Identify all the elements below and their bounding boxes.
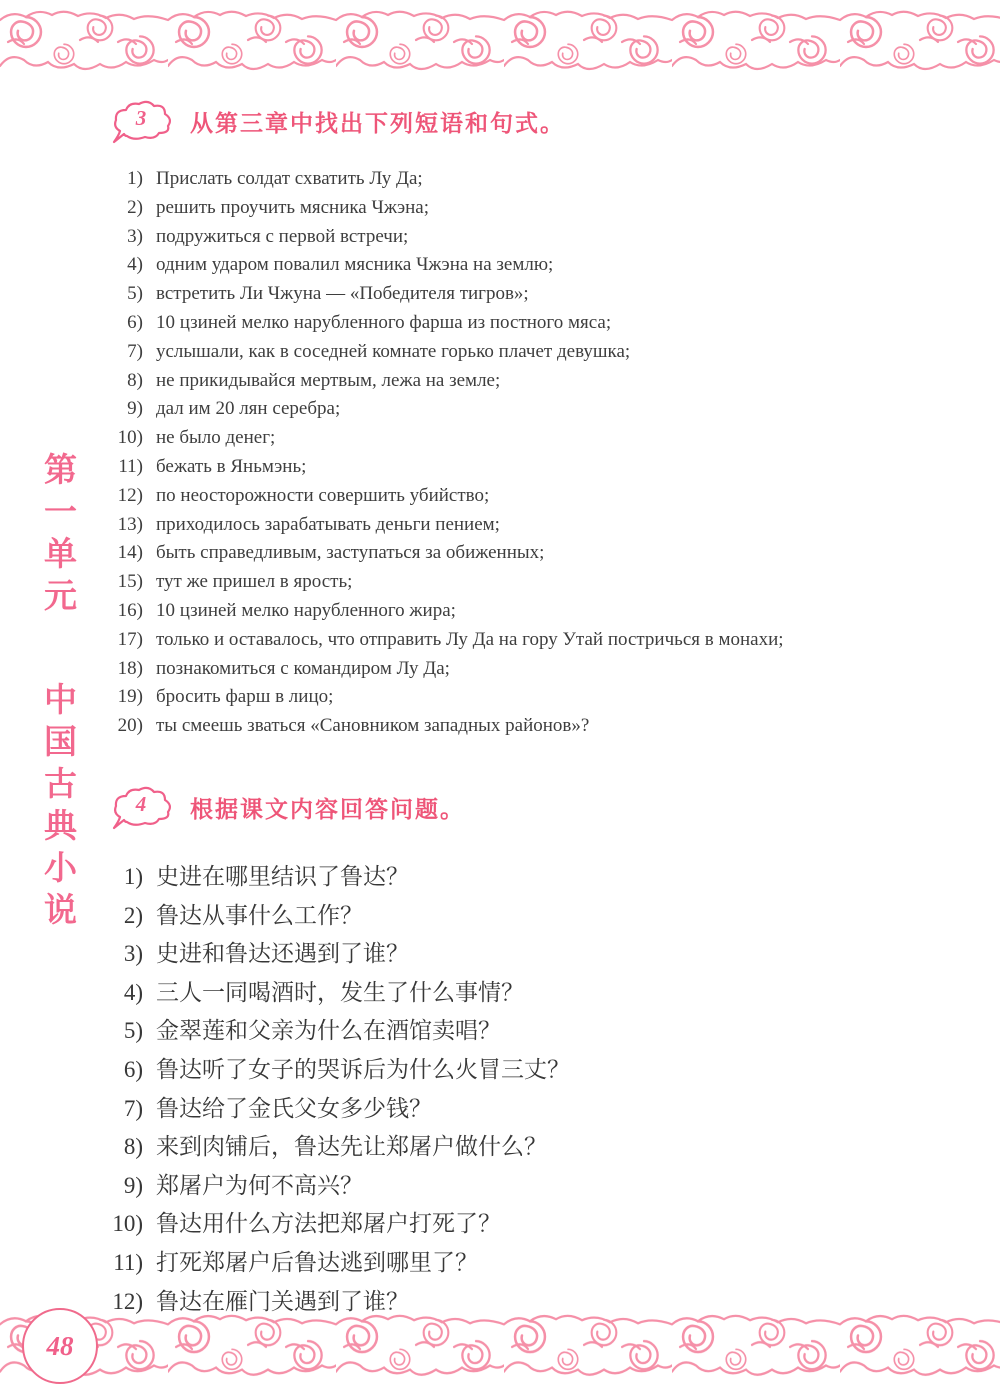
list-item: 20) ты смеешь зваться «Сановником западн… [0,715,1000,744]
item-text: ты смеешь зваться «Сановником западных р… [156,715,589,737]
item-text: по неосторожности совершить убийство; [156,485,489,507]
list-item: 9) 郑屠户为何不高兴？ [0,1167,1000,1206]
item-number: 12) [0,485,143,507]
list-item: 12) 鲁达在雁门关遇到了谁？ [0,1283,1000,1322]
item-text: не прикидывайся мертвым, лежа на земле; [156,370,500,392]
item-number: 7) [0,341,143,363]
item-text: 鲁达在雁门关遇到了谁？ [156,1283,409,1316]
item-text: 鲁达给了金氏父女多少钱？ [156,1090,432,1123]
item-text: 郑屠户为何不高兴？ [156,1167,363,1200]
item-text: 史进在哪里结识了鲁达？ [156,858,409,891]
list-item: 3) 史进和鲁达还遇到了谁？ [0,935,1000,974]
list-item: 12) по неосторожности совершить убийство… [0,485,1000,514]
cloud-border-top-icon [0,8,1000,78]
item-text: одним ударом повалил мясника Чжэна на зе… [156,254,553,276]
item-number: 14) [0,542,143,564]
item-number: 2) [0,903,143,929]
list-item: 2) 鲁达从事什么工作？ [0,897,1000,936]
list-item: 8) не прикидывайся мертвым, лежа на земл… [0,370,1000,399]
list-item: 13) приходилось зарабатывать деньги пени… [0,514,1000,543]
page-number-badge: 48 [22,1308,98,1384]
list-item: 10) не было денег; [0,427,1000,456]
item-number: 16) [0,600,143,622]
item-text: не было денег; [156,427,275,449]
page-number: 48 [47,1331,74,1362]
item-text: 三人一同喝酒时，发生了什么事情？ [156,974,524,1007]
item-text: бросить фарш в лицо; [156,686,333,708]
item-text: только и оставалось, что отправить Лу Да… [156,629,784,651]
textbook-page: 第一单元 中国古典小说 3 从第三章中找出下列短语和句式。 1) Прислат… [0,0,1000,1388]
cloud-badge-icon: 3 [112,98,178,144]
cloud-badge-icon: 4 [112,784,178,830]
list-item: 10) 鲁达用什么方法把郑屠户打死了？ [0,1205,1000,1244]
list-item: 15) тут же пришел в ярость; [0,571,1000,600]
exercise-3-list: 1) Прислать солдат схватить Лу Да; 2) ре… [0,168,1000,744]
item-number: 18) [0,658,143,680]
item-text: 鲁达听了女子的哭诉后为什么火冒三丈？ [156,1051,570,1084]
item-text: 金翠莲和父亲为什么在酒馆卖唱？ [156,1012,501,1045]
item-text: 鲁达用什么方法把郑屠户打死了？ [156,1205,501,1238]
item-number: 10) [0,1211,143,1237]
item-number: 1) [0,864,143,890]
item-text: встретить Ли Чжуна — «Победителя тигров»… [156,283,529,305]
exercise-4-header: 4 根据课文内容回答问题。 [112,784,1000,830]
list-item: 3) подружиться с первой встречи; [0,226,1000,255]
item-text: быть справедливым, заступаться за обижен… [156,542,544,564]
list-item: 16) 10 цзиней мелко нарубленного жира; [0,600,1000,629]
list-item: 6) 鲁达听了女子的哭诉后为什么火冒三丈？ [0,1051,1000,1090]
item-number: 10) [0,427,143,449]
item-number: 6) [0,312,143,334]
item-number: 9) [0,398,143,420]
exercise-3-section: 3 从第三章中找出下列短语和句式。 1) Прислать солдат схв… [0,98,1000,744]
item-number: 15) [0,571,143,593]
item-number: 4) [0,254,143,276]
list-item: 17) только и оставалось, что отправить Л… [0,629,1000,658]
exercise-4-title: 根据课文内容回答问题。 [190,791,465,824]
item-text: тут же пришел в ярость; [156,571,352,593]
item-number: 7) [0,1096,143,1122]
item-number: 8) [0,1134,143,1160]
item-text: 打死郑屠户后鲁达逃到哪里了？ [156,1244,478,1277]
list-item: 2) решить проучить мясника Чжэна; [0,197,1000,226]
item-text: дал им 20 лян серебра; [156,398,340,420]
cloud-border-bottom-icon [0,1312,1000,1384]
item-number: 4) [0,980,143,1006]
exercise-4-number: 4 [112,784,170,824]
list-item: 8) 来到肉铺后，鲁达先让郑屠户做什么？ [0,1128,1000,1167]
item-number: 5) [0,1018,143,1044]
item-number: 11) [0,456,143,478]
item-number: 19) [0,686,143,708]
exercise-3-number: 3 [112,98,170,138]
item-text: 10 цзиней мелко нарубленного фарша из по… [156,312,611,334]
list-item: 7) услышали, как в соседней комнате горь… [0,341,1000,370]
item-number: 2) [0,197,143,219]
list-item: 19) бросить фарш в лицо; [0,686,1000,715]
item-text: познакомиться с командиром Лу Да; [156,658,450,680]
item-number: 20) [0,715,143,737]
list-item: 4) 三人一同喝酒时，发生了什么事情？ [0,974,1000,1013]
item-number: 13) [0,514,143,536]
item-number: 8) [0,370,143,392]
list-item: 1) 史进在哪里结识了鲁达？ [0,858,1000,897]
item-number: 3) [0,941,143,967]
item-text: услышали, как в соседней комнате горько … [156,341,630,363]
item-text: 来到肉铺后，鲁达先让郑屠户做什么？ [156,1128,547,1161]
exercise-3-header: 3 从第三章中找出下列短语和句式。 [112,98,1000,144]
item-text: 10 цзиней мелко нарубленного жира; [156,600,456,622]
item-number: 17) [0,629,143,651]
list-item: 1) Прислать солдат схватить Лу Да; [0,168,1000,197]
item-number: 11) [0,1250,143,1276]
item-number: 9) [0,1173,143,1199]
item-text: Прислать солдат схватить Лу Да; [156,168,423,190]
list-item: 5) 金翠莲和父亲为什么在酒馆卖唱？ [0,1012,1000,1051]
item-number: 3) [0,226,143,248]
exercise-4-list: 1) 史进在哪里结识了鲁达？ 2) 鲁达从事什么工作？ 3) 史进和鲁达还遇到了… [0,858,1000,1321]
item-text: бежать в Яньмэнь; [156,456,306,478]
list-item: 7) 鲁达给了金氏父女多少钱？ [0,1090,1000,1129]
exercise-4-section: 4 根据课文内容回答问题。 1) 史进在哪里结识了鲁达？ 2) 鲁达从事什么工作… [0,784,1000,1321]
exercise-3-title: 从第三章中找出下列短语和句式。 [190,105,565,138]
item-text: 史进和鲁达还遇到了谁？ [156,935,409,968]
item-number: 1) [0,168,143,190]
list-item: 11) 打死郑屠户后鲁达逃到哪里了？ [0,1244,1000,1283]
list-item: 11) бежать в Яньмэнь; [0,456,1000,485]
list-item: 6) 10 цзиней мелко нарубленного фарша из… [0,312,1000,341]
list-item: 5) встретить Ли Чжуна — «Победителя тигр… [0,283,1000,312]
list-item: 18) познакомиться с командиром Лу Да; [0,658,1000,687]
list-item: 9) дал им 20 лян серебра; [0,398,1000,427]
list-item: 4) одним ударом повалил мясника Чжэна на… [0,254,1000,283]
list-item: 14) быть справедливым, заступаться за об… [0,542,1000,571]
item-text: 鲁达从事什么工作？ [156,897,363,930]
item-number: 5) [0,283,143,305]
item-text: решить проучить мясника Чжэна; [156,197,429,219]
item-text: приходилось зарабатывать деньги пением; [156,514,500,536]
item-number: 6) [0,1057,143,1083]
item-text: подружиться с первой встречи; [156,226,408,248]
